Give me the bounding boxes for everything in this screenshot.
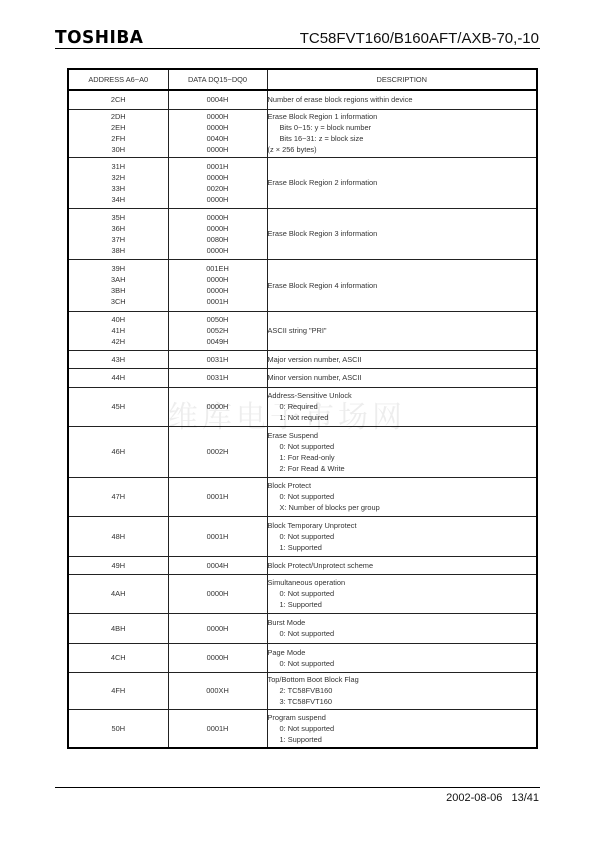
description-cell: Page Mode0: Not supported [267, 643, 537, 672]
description-cell-line: Bits 0~15: y = block number [268, 122, 537, 133]
address-cell-line: 44H [69, 372, 168, 383]
address-cell-line: 35H [69, 212, 168, 223]
description-cell-line: Major version number, ASCII [268, 354, 537, 365]
footer-page-number: 13/41 [511, 792, 539, 804]
description-cell-line: Erase Block Region 1 information [268, 111, 537, 122]
table-row: 47H0001HBlock Protect0: Not supportedX: … [68, 477, 537, 516]
address-cell-line: 33H [69, 183, 168, 194]
description-cell-line: Bits 16~31: z = block size [268, 133, 537, 144]
description-cell-line: 1: Supported [268, 542, 537, 553]
column-header-address: ADDRESS A6~A0 [68, 69, 168, 90]
data-cell-line: 0080H [169, 234, 267, 245]
data-cell-line: 0031H [169, 354, 267, 365]
data-cell: 0004H [168, 556, 267, 574]
description-cell: Major version number, ASCII [267, 350, 537, 368]
description-cell: Number of erase block regions within dev… [267, 90, 537, 109]
description-cell-line: Simultaneous operation [268, 577, 537, 588]
table-row: 2CH0004HNumber of erase block regions wi… [68, 90, 537, 109]
description-cell-line: 1: For Read-only [268, 452, 537, 463]
footer-date: 2002-08-06 [446, 792, 502, 804]
address-cell-line: 2EH [69, 122, 168, 133]
description-cell-line: 2: For Read & Write [268, 463, 537, 474]
description-cell-line: Minor version number, ASCII [268, 372, 537, 383]
address-cell: 50H [68, 709, 168, 748]
table-row: 44H0031HMinor version number, ASCII [68, 368, 537, 387]
description-cell-line: Block Temporary Unprotect [268, 520, 537, 531]
address-cell-line: 38H [69, 245, 168, 256]
data-cell-line: 0001H [169, 723, 267, 734]
table-header-row: ADDRESS A6~A0 DATA DQ15~DQ0 DESCRIPTION [68, 69, 537, 90]
data-cell-line: 0001H [169, 491, 267, 502]
description-cell-line: 0: Not supported [268, 441, 537, 452]
description-cell-line: 0: Not supported [268, 723, 537, 734]
description-cell: Block Protect0: Not supportedX: Number o… [267, 477, 537, 516]
description-cell-line: Erase Block Region 2 information [268, 177, 537, 188]
description-cell: ASCII string "PRI" [267, 311, 537, 350]
description-cell-line: 1: Supported [268, 599, 537, 610]
address-cell-line: 40H [69, 314, 168, 325]
table-row: 35H36H37H38H0000H0000H0080H0000HErase Bl… [68, 208, 537, 259]
address-cell: 45H [68, 387, 168, 426]
description-cell-line: 0: Not supported [268, 491, 537, 502]
address-cell: 48H [68, 516, 168, 556]
column-header-description: DESCRIPTION [267, 69, 537, 90]
footer: 2002-08-06 13/41 [446, 792, 539, 804]
description-cell-line: 0: Not supported [268, 588, 537, 599]
description-cell-line: Program suspend [268, 712, 537, 723]
address-cell: 43H [68, 350, 168, 368]
address-cell-line: 37H [69, 234, 168, 245]
data-cell-line: 0031H [169, 372, 267, 383]
footer-divider [55, 787, 540, 788]
address-cell-line: 3BH [69, 285, 168, 296]
address-cell: 4AH [68, 574, 168, 613]
address-cell-line: 4CH [69, 652, 168, 663]
address-cell-line: 34H [69, 194, 168, 205]
description-cell-line: ASCII string "PRI" [268, 325, 537, 336]
data-cell: 0000H0000H0080H0000H [168, 208, 267, 259]
address-cell: 44H [68, 368, 168, 387]
document-title: TC58FVT160/B160AFT/AXB-70,-10 [300, 30, 539, 47]
data-cell-line: 0000H [169, 122, 267, 133]
data-cell: 0031H [168, 368, 267, 387]
address-cell: 2CH [68, 90, 168, 109]
table-row: 50H0001HProgram suspend0: Not supported1… [68, 709, 537, 748]
description-cell-line: Top/Bottom Boot Block Flag [268, 674, 537, 685]
table-row: 4FH000XHTop/Bottom Boot Block Flag2: TC5… [68, 672, 537, 709]
address-cell-line: 32H [69, 172, 168, 183]
toshiba-logo: TOSHIBA [55, 28, 143, 49]
data-cell-line: 0020H [169, 183, 267, 194]
data-cell-line: 001EH [169, 263, 267, 274]
description-cell: Minor version number, ASCII [267, 368, 537, 387]
data-cell: 0001H [168, 516, 267, 556]
data-cell: 0031H [168, 350, 267, 368]
watermark: 维库电子市场网 [168, 392, 406, 436]
data-cell: 0001H0000H0020H0000H [168, 157, 267, 208]
address-cell-line: 36H [69, 223, 168, 234]
data-cell: 0001H [168, 477, 267, 516]
address-cell-line: 4FH [69, 685, 168, 696]
data-cell-line: 0001H [169, 161, 267, 172]
data-cell-line: 0000H [169, 588, 267, 599]
address-cell: 40H41H42H [68, 311, 168, 350]
description-cell-line: 2: TC58FVB160 [268, 685, 537, 696]
address-cell: 4BH [68, 613, 168, 643]
address-cell-line: 45H [69, 401, 168, 412]
table-row: 2DH2EH2FH30H0000H0000H0040H0000HErase Bl… [68, 109, 537, 157]
address-cell: 39H3AH3BH3CH [68, 259, 168, 311]
address-cell-line: 30H [69, 144, 168, 155]
address-cell-line: 48H [69, 531, 168, 542]
table-row: 4AH0000HSimultaneous operation0: Not sup… [68, 574, 537, 613]
description-cell-line: Block Protect [268, 480, 537, 491]
data-cell-line: 0000H [169, 194, 267, 205]
description-cell-line: 1: Supported [268, 734, 537, 745]
description-cell-line: Block Protect/Unprotect scheme [268, 560, 537, 571]
description-cell: Block Temporary Unprotect0: Not supporte… [267, 516, 537, 556]
address-cell-line: 50H [69, 723, 168, 734]
description-cell-line: 0: Not supported [268, 658, 537, 669]
data-cell: 0000H [168, 643, 267, 672]
address-cell: 49H [68, 556, 168, 574]
table-row: 49H0004HBlock Protect/Unprotect scheme [68, 556, 537, 574]
description-cell: Burst Mode0: Not supported [267, 613, 537, 643]
data-cell-line: 0040H [169, 133, 267, 144]
table-row: 40H41H42H0050H0052H0049HASCII string "PR… [68, 311, 537, 350]
data-cell-line: 0000H [169, 285, 267, 296]
data-cell-line: 0000H [169, 245, 267, 256]
address-cell: 47H [68, 477, 168, 516]
description-cell-line: Burst Mode [268, 617, 537, 628]
description-cell-line: (z × 256 bytes) [268, 144, 537, 155]
address-cell-line: 41H [69, 325, 168, 336]
description-cell: Erase Block Region 3 information [267, 208, 537, 259]
header-divider [55, 48, 540, 49]
data-cell-line: 0002H [169, 446, 267, 457]
description-cell-line: Number of erase block regions within dev… [268, 94, 537, 105]
table-row: 31H32H33H34H0001H0000H0020H0000HErase Bl… [68, 157, 537, 208]
data-cell: 0000H0000H0040H0000H [168, 109, 267, 157]
description-cell: Erase Block Region 1 informationBits 0~1… [267, 109, 537, 157]
address-cell-line: 3CH [69, 296, 168, 307]
data-cell-line: 0001H [169, 296, 267, 307]
address-cell: 46H [68, 426, 168, 477]
address-cell: 4FH [68, 672, 168, 709]
address-cell-line: 4AH [69, 588, 168, 599]
description-cell: Erase Block Region 2 information [267, 157, 537, 208]
data-cell-line: 0000H [169, 223, 267, 234]
description-cell: Simultaneous operation0: Not supported1:… [267, 574, 537, 613]
data-cell: 0000H [168, 613, 267, 643]
data-cell-line: 0001H [169, 531, 267, 542]
address-cell-line: 47H [69, 491, 168, 502]
description-cell: Erase Block Region 4 information [267, 259, 537, 311]
address-cell: 4CH [68, 643, 168, 672]
table-row: 43H0031HMajor version number, ASCII [68, 350, 537, 368]
data-cell-line: 0000H [169, 652, 267, 663]
address-cell-line: 2DH [69, 111, 168, 122]
address-cell-line: 2FH [69, 133, 168, 144]
data-cell-line: 0004H [169, 560, 267, 571]
data-cell-line: 0049H [169, 336, 267, 347]
data-cell: 000XH [168, 672, 267, 709]
data-cell-line: 0000H [169, 111, 267, 122]
table-row: 39H3AH3BH3CH001EH0000H0000H0001HErase Bl… [68, 259, 537, 311]
address-cell-line: 31H [69, 161, 168, 172]
description-cell-line: Page Mode [268, 647, 537, 658]
data-cell-line: 0000H [169, 144, 267, 155]
table-row: 48H0001HBlock Temporary Unprotect0: Not … [68, 516, 537, 556]
address-cell-line: 46H [69, 446, 168, 457]
address-cell-line: 3AH [69, 274, 168, 285]
address-cell-line: 4BH [69, 623, 168, 634]
data-cell: 001EH0000H0000H0001H [168, 259, 267, 311]
description-cell-line: X: Number of blocks per group [268, 502, 537, 513]
address-cell-line: 2CH [69, 94, 168, 105]
address-cell: 35H36H37H38H [68, 208, 168, 259]
data-cell-line: 000XH [169, 685, 267, 696]
description-cell-line: Erase Block Region 4 information [268, 280, 537, 291]
table-row: 4BH0000HBurst Mode0: Not supported [68, 613, 537, 643]
description-cell-line: Erase Block Region 3 information [268, 228, 537, 239]
data-cell: 0050H0052H0049H [168, 311, 267, 350]
address-cell: 31H32H33H34H [68, 157, 168, 208]
description-cell-line: 0: Not supported [268, 531, 537, 542]
description-cell: Program suspend0: Not supported1: Suppor… [267, 709, 537, 748]
data-cell: 0000H [168, 574, 267, 613]
address-cell-line: 43H [69, 354, 168, 365]
address-cell-line: 39H [69, 263, 168, 274]
address-cell-line: 42H [69, 336, 168, 347]
data-cell-line: 0052H [169, 325, 267, 336]
data-cell: 0001H [168, 709, 267, 748]
address-cell: 2DH2EH2FH30H [68, 109, 168, 157]
column-header-data: DATA DQ15~DQ0 [168, 69, 267, 90]
data-cell-line: 0000H [169, 172, 267, 183]
data-cell-line: 0004H [169, 94, 267, 105]
description-cell: Block Protect/Unprotect scheme [267, 556, 537, 574]
data-cell-line: 0000H [169, 623, 267, 634]
data-cell: 0004H [168, 90, 267, 109]
description-cell-line: 3: TC58FVT160 [268, 696, 537, 707]
description-cell: Top/Bottom Boot Block Flag2: TC58FVB1603… [267, 672, 537, 709]
data-cell-line: 0050H [169, 314, 267, 325]
description-cell-line: 0: Not supported [268, 628, 537, 639]
data-cell-line: 0000H [169, 274, 267, 285]
table-row: 4CH0000HPage Mode0: Not supported [68, 643, 537, 672]
data-cell-line: 0000H [169, 212, 267, 223]
address-cell-line: 49H [69, 560, 168, 571]
